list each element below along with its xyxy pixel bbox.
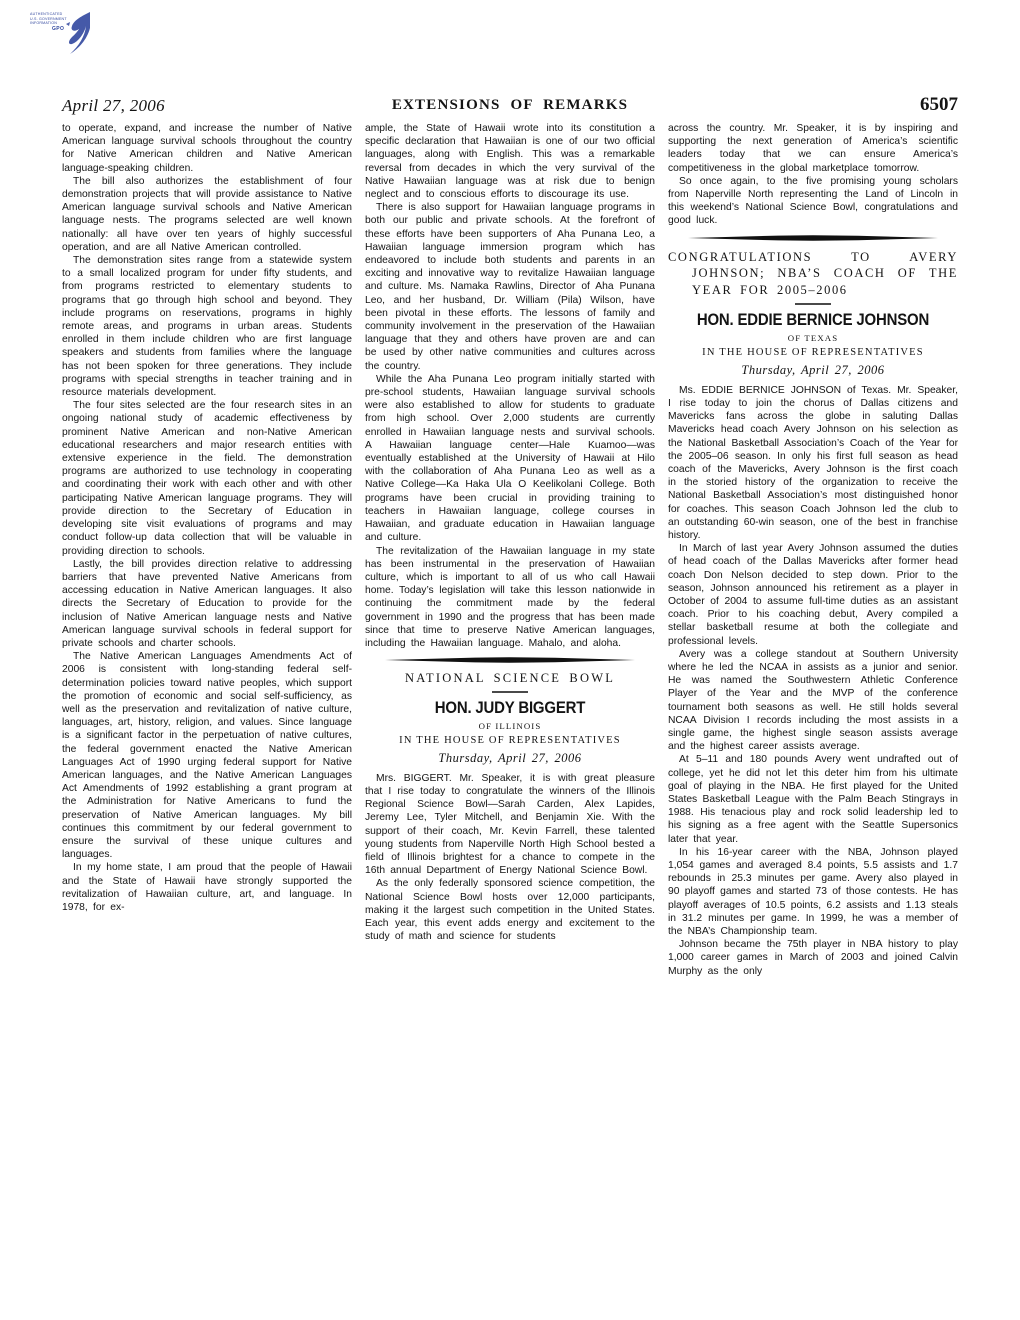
page-number: 6507 — [920, 94, 958, 116]
chamber-line: IN THE HOUSE OF REPRESENTATIVES — [668, 347, 958, 358]
paragraph: Mrs. BIGGERT. Mr. Speaker, it is with gr… — [365, 772, 655, 878]
chamber-line: IN THE HOUSE OF REPRESENTATIVES — [365, 735, 655, 746]
paragraph: Johnson became the 75th player in NBA hi… — [668, 938, 958, 978]
paragraph: In March of last year Avery Johnson assu… — [668, 542, 958, 648]
sitting-date: Thursday, April 27, 2006 — [668, 363, 958, 378]
paragraph: The demonstration sites range from a sta… — [62, 254, 352, 399]
paragraph: to operate, expand, and increase the num… — [62, 122, 352, 175]
column-middle: ample, the State of Hawaii wrote into it… — [365, 122, 655, 1272]
running-head: April 27, 2006 EXTENSIONS OF REMARKS 650… — [62, 90, 958, 116]
article-title: CONGRATULATIONS TO AVERY JOHNSON; NBA’S … — [668, 249, 958, 299]
speaker-name: HON. EDDIE BERNICE JOHNSON — [685, 310, 940, 330]
paragraph: As the only federally sponsored science … — [365, 877, 655, 943]
gpo-authentication-seal: AUTHENTICATED U.S. GOVERNMENT INFORMATIO… — [30, 10, 96, 58]
paragraph: The revitalization of the Hawaiian langu… — [365, 545, 655, 651]
section-separator — [668, 228, 958, 247]
title-rule — [492, 691, 528, 693]
paragraph: There is also support for Hawaiian langu… — [365, 201, 655, 373]
paragraph: At 5–11 and 180 pounds Avery went undraf… — [668, 753, 958, 845]
paragraph: Lastly, the bill provides direction rela… — [62, 558, 352, 650]
paragraph: The bill also authorizes the establishme… — [62, 175, 352, 254]
column-right: across the country. Mr. Speaker, it is b… — [668, 122, 958, 1272]
title-rule — [795, 303, 831, 305]
paragraph: ample, the State of Hawaii wrote into it… — [365, 122, 655, 201]
section-separator — [365, 650, 655, 669]
paragraph: While the Aha Punana Leo program initial… — [365, 373, 655, 545]
column-left: to operate, expand, and increase the num… — [62, 122, 352, 1272]
speaker-state: OF ILLINOIS — [365, 721, 655, 731]
paragraph: In his 16-year career with the NBA, John… — [668, 846, 958, 938]
paragraph: In my home state, I am proud that the pe… — [62, 861, 352, 914]
tapered-rule-icon — [385, 657, 635, 663]
article-title: NATIONAL SCIENCE BOWL — [365, 671, 655, 686]
page-title: EXTENSIONS OF REMARKS — [62, 97, 958, 114]
paragraph: The four sites selected are the four res… — [62, 399, 352, 557]
paragraph: The Native American Languages Amendments… — [62, 650, 352, 861]
tapered-rule-icon — [688, 235, 938, 241]
paragraph: Avery was a college standout at Southern… — [668, 648, 958, 754]
gpo-eagle-swoosh-icon — [60, 10, 94, 56]
speaker-name: HON. JUDY BIGGERT — [382, 698, 637, 718]
paragraph: across the country. Mr. Speaker, it is b… — [668, 122, 958, 175]
sitting-date: Thursday, April 27, 2006 — [365, 751, 655, 766]
paragraph: Ms. EDDIE BERNICE JOHNSON of Texas. Mr. … — [668, 384, 958, 542]
paragraph: So once again, to the five promising you… — [668, 175, 958, 228]
congressional-record-page: { "header": { "date": "April 27, 2006", … — [0, 0, 1020, 1320]
text-columns: to operate, expand, and increase the num… — [62, 122, 958, 1272]
speaker-state: OF TEXAS — [668, 333, 958, 343]
